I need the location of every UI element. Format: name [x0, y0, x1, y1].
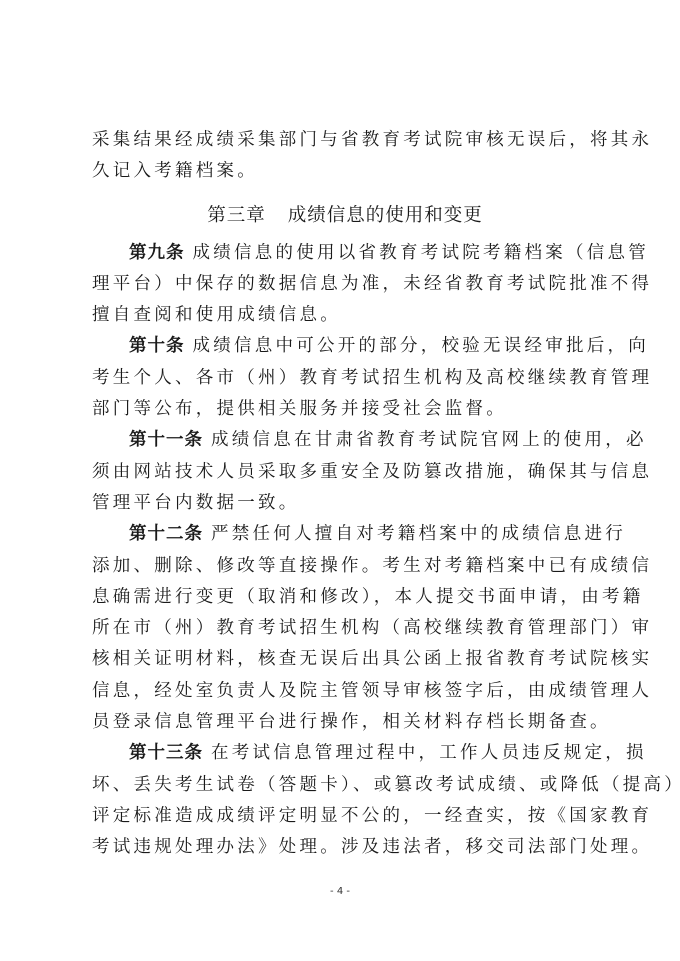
chapter-title: 成绩信息的使用和变更 [288, 205, 483, 226]
text-line: 部门等公布，提供相关服务并接受社会监督。 [92, 394, 598, 425]
text-line: 在考试信息管理过程中，工作人员违反规定，损 [211, 743, 647, 763]
continuation-paragraph: 采集结果经成绩采集部门与省教育考试院审核无误后，将其永 久记入考籍档案。 [92, 125, 598, 188]
text-line: 久记入考籍档案。 [92, 156, 598, 187]
text-line: 员登录信息管理平台进行操作，相关材料存档长期备查。 [92, 707, 598, 738]
text-line: 核相关证明材料，核查无误后出具公函上报省教育考试院核实 [92, 644, 598, 675]
chapter-number: 第三章 [207, 205, 266, 226]
page-number: - 4 - [0, 886, 680, 897]
text-line: 评定标准造成成绩评定明显不公的，一经查实，按《国家教育 [92, 801, 598, 832]
text-line: 擅自查阅和使用成绩信息。 [92, 300, 598, 331]
text-line: 坏、丢失考生试卷（答题卡）、或篡改考试成绩、或降低（提高） [92, 770, 598, 801]
text-line: 理平台）中保存的数据信息为准，未经省教育考试院批准不得 [92, 269, 598, 300]
text-line: 管理平台内数据一致。 [92, 488, 598, 519]
document-page: 采集结果经成绩采集部门与省教育考试院审核无误后，将其永 久记入考籍档案。 第三章… [0, 0, 680, 961]
article-label: 第十一条 [129, 430, 203, 450]
article-label: 第九条 [129, 243, 185, 263]
article-label: 第十二条 [129, 524, 203, 544]
article-13: 第十三条在考试信息管理过程中，工作人员违反规定，损 坏、丢失考生试卷（答题卡）、… [92, 738, 598, 863]
article-9: 第九条成绩信息的使用以省教育考试院考籍档案（信息管 理平台）中保存的数据信息为准… [92, 238, 598, 332]
text-line: 成绩信息的使用以省教育考试院考籍档案（信息管 [193, 243, 650, 263]
article-label: 第十条 [129, 336, 185, 356]
text-line: 成绩信息中可公开的部分，校验无误经审批后，向 [193, 336, 650, 356]
text-line: 考试违规处理办法》处理。涉及违法者，移交司法部门处理。 [92, 832, 598, 863]
text-line: 考生个人、各市（州）教育考试招生机构及高校继续教育管理 [92, 363, 598, 394]
text-line: 信息，经处室负责人及院主管领导审核签字后，由成绩管理人 [92, 676, 598, 707]
text-line: 所在市（州）教育考试招生机构（高校继续教育管理部门）审 [92, 613, 598, 644]
text-line: 严禁任何人擅自对考籍档案中的成绩信息进行 [211, 524, 626, 544]
article-12: 第十二条严禁任何人擅自对考籍档案中的成绩信息进行 添加、删除、修改等直接操作。考… [92, 519, 598, 738]
text-line: 成绩信息在甘肃省教育考试院官网上的使用，必 [211, 430, 647, 450]
document-body: 采集结果经成绩采集部门与省教育考试院审核无误后，将其永 久记入考籍档案。 第三章… [92, 125, 598, 864]
article-11: 第十一条成绩信息在甘肃省教育考试院官网上的使用，必 须由网站技术人员采取多重安全… [92, 425, 598, 519]
text-line: 息确需进行变更（取消和修改），本人提交书面申请，由考籍 [92, 582, 598, 613]
article-label: 第十三条 [129, 743, 203, 763]
text-line: 采集结果经成绩采集部门与省教育考试院审核无误后，将其永 [92, 125, 598, 156]
article-10: 第十条成绩信息中可公开的部分，校验无误经审批后，向 考生个人、各市（州）教育考试… [92, 331, 598, 425]
chapter-heading: 第三章成绩信息的使用和变更 [92, 194, 598, 238]
text-line: 添加、删除、修改等直接操作。考生对考籍档案中已有成绩信 [92, 551, 598, 582]
text-line: 须由网站技术人员采取多重安全及防篡改措施，确保其与信息 [92, 457, 598, 488]
